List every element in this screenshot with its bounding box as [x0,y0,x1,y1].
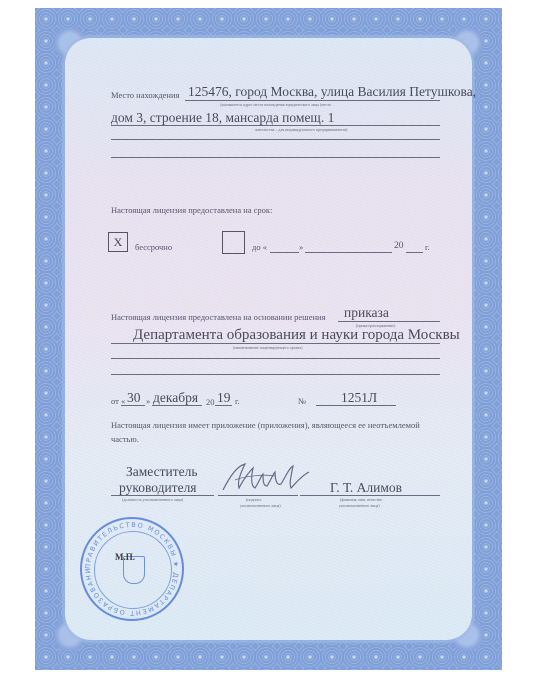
signature-underline [218,495,298,496]
signatory-position-line-1: Заместитель [126,464,198,480]
address-hint-2: жительства – для индивидуального предпри… [255,127,347,132]
signatory-name: Г. Т. Алимов [330,480,402,496]
decision-year-prefix: 20 [206,397,215,407]
until-quote-close: » [299,242,303,252]
address-underline-3 [111,139,440,140]
until-prefix: до « [252,242,267,252]
term-label: Настоящая лицензия предоставлена на срок… [111,205,272,215]
name-hint-1: (фамилия, имя, отчество [340,497,382,502]
decision-day-close: » [146,396,150,406]
decision-number-label: № [298,396,306,406]
basis-authority-underline [111,343,440,344]
basis-doc-type-underline [338,321,440,322]
address-line-1: 125476, город Москва, улица Василия Пету… [188,84,476,100]
mp-label: М.П. [115,552,135,562]
until-date-checkbox[interactable] [222,231,245,254]
signature-hint-1: (подпись [246,497,261,502]
handwritten-signature [215,458,315,498]
official-seal: ПРАВИТЕЛЬСТВО МОСКВЫ ★ ДЕПАРТАМЕНТ ОБРАЗ… [80,517,184,621]
decision-number: 1251Л [341,390,377,406]
appendix-note-line-2: частью. [111,434,139,444]
basis-authority: Департамента образования и науки города … [133,327,460,344]
until-month-field[interactable] [305,252,392,253]
address-hint-1: (указывается адрес места нахождения юрид… [220,102,331,107]
appendix-note-line-1: Настоящая лицензия имеет приложение (при… [111,420,420,430]
address-underline-2 [111,125,440,126]
signature-hint-2: уполномоченного лица) [240,503,281,508]
decision-month-underline [152,405,202,406]
basis-label: Настоящая лицензия предоставлена на осно… [111,312,325,322]
decision-year-underline [215,405,232,406]
until-year-field[interactable] [406,252,423,253]
decision-day-underline [121,405,145,406]
until-day-field[interactable] [270,252,299,253]
basis-underline-4 [111,374,440,375]
name-hint-2: уполномоченного лица) [339,503,380,508]
address-label: Место нахождения [111,90,179,100]
decision-year-suffix: г. [235,396,240,406]
decision-day: 30 [127,390,141,406]
basis-doc-type: приказа [344,305,389,321]
address-underline-1 [185,100,440,101]
position-underline [111,495,214,496]
address-line-2: дом 3, строение 18, мансарда помещ. 1 [111,110,334,126]
basis-underline-3 [111,358,440,359]
name-underline [300,495,440,496]
position-hint: (должность уполномоченного лица) [122,497,183,502]
until-year-prefix: 20 [394,241,404,251]
basis-authority-hint: (наименование лицензирующего органа) [233,345,302,350]
until-year-suffix: г. [425,242,430,252]
indefinite-label: бессрочно [135,242,172,252]
seal-inner-ring [94,531,172,609]
decision-month: декабря [153,390,198,406]
decision-year: 19 [217,390,231,406]
decision-number-underline [316,405,396,406]
address-underline-4 [111,157,440,158]
signatory-position-line-2: руководителя [119,480,197,496]
indefinite-checkbox[interactable]: X [108,232,128,252]
